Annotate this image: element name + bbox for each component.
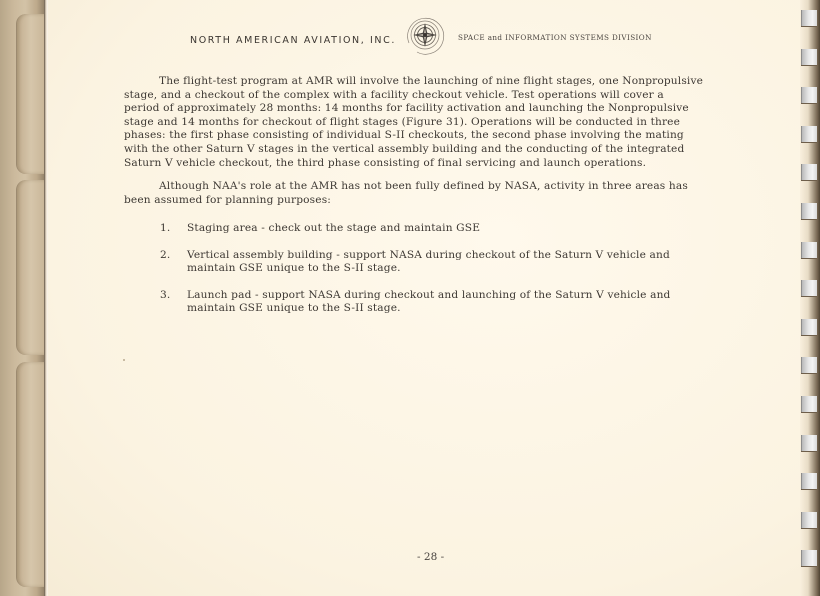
- list-item: 1.Staging area - check out the stage and…: [160, 222, 670, 236]
- binding-ring: [801, 87, 817, 103]
- binding-ring: [801, 203, 817, 219]
- list-item-text: Vertical assembly building - support NAS…: [187, 249, 670, 263]
- binding-ring: [801, 473, 817, 489]
- list-item-text: Launch pad - support NASA during checkou…: [187, 289, 670, 303]
- text-line: The flight-test program at AMR will invo…: [124, 75, 703, 89]
- list-item-text: maintain GSE unique to the S-II stage.: [187, 302, 670, 316]
- text-line: with the other Saturn V stages in the ve…: [124, 143, 703, 157]
- text-line: phases: the first phase consisting of in…: [124, 129, 703, 143]
- binding-ring: [801, 126, 817, 142]
- paragraph-naa-role: Although NAA's role at the AMR has not b…: [124, 180, 688, 207]
- binder-left-edge: [0, 0, 46, 596]
- text-line: stage, and a checkout of the complex wit…: [124, 89, 703, 103]
- text-line: stage and 14 months for checkout of flig…: [124, 116, 703, 130]
- paper-speck: [123, 359, 125, 361]
- paragraph-flight-test-program: The flight-test program at AMR will invo…: [124, 75, 703, 170]
- text-line: been assumed for planning purposes:: [124, 194, 688, 208]
- text-line: period of approximately 28 months: 14 mo…: [124, 102, 703, 116]
- list-item-number: 2.: [160, 249, 170, 263]
- binding-ring: [801, 164, 817, 180]
- text-line: Saturn V vehicle checkout, the third pha…: [124, 157, 703, 171]
- division-name: SPACE and INFORMATION SYSTEMS DIVISION: [458, 33, 652, 42]
- divider-tab: [16, 180, 45, 355]
- binding-ring: [801, 319, 817, 335]
- naa-star-emblem-icon: [403, 13, 447, 57]
- text-line: Although NAA's role at the AMR has not b…: [124, 180, 688, 194]
- binding-ring: [801, 280, 817, 296]
- binding-ring: [801, 550, 817, 566]
- binding-ring: [801, 435, 817, 451]
- list-item: 3.Launch pad - support NASA during check…: [160, 289, 670, 316]
- divider-tab: [16, 362, 45, 587]
- list-item-number: 3.: [160, 289, 170, 303]
- list-item-text: Staging area - check out the stage and m…: [187, 222, 670, 236]
- binding-ring: [801, 396, 817, 412]
- planning-areas-list: 1.Staging area - check out the stage and…: [160, 222, 670, 329]
- list-item-number: 1.: [160, 222, 170, 236]
- binding-ring: [801, 357, 817, 373]
- list-item-text: maintain GSE unique to the S-II stage.: [187, 262, 670, 276]
- company-name: NORTH AMERICAN AVIATION, INC.: [190, 35, 396, 46]
- binding-ring: [801, 242, 817, 258]
- binding-ring: [801, 512, 817, 528]
- binder-rings: [800, 0, 820, 596]
- page-number: - 28 -: [417, 551, 444, 563]
- list-item: 2.Vertical assembly building - support N…: [160, 249, 670, 276]
- page-header: NORTH AMERICAN AVIATION, INC. SPACE and …: [0, 22, 820, 62]
